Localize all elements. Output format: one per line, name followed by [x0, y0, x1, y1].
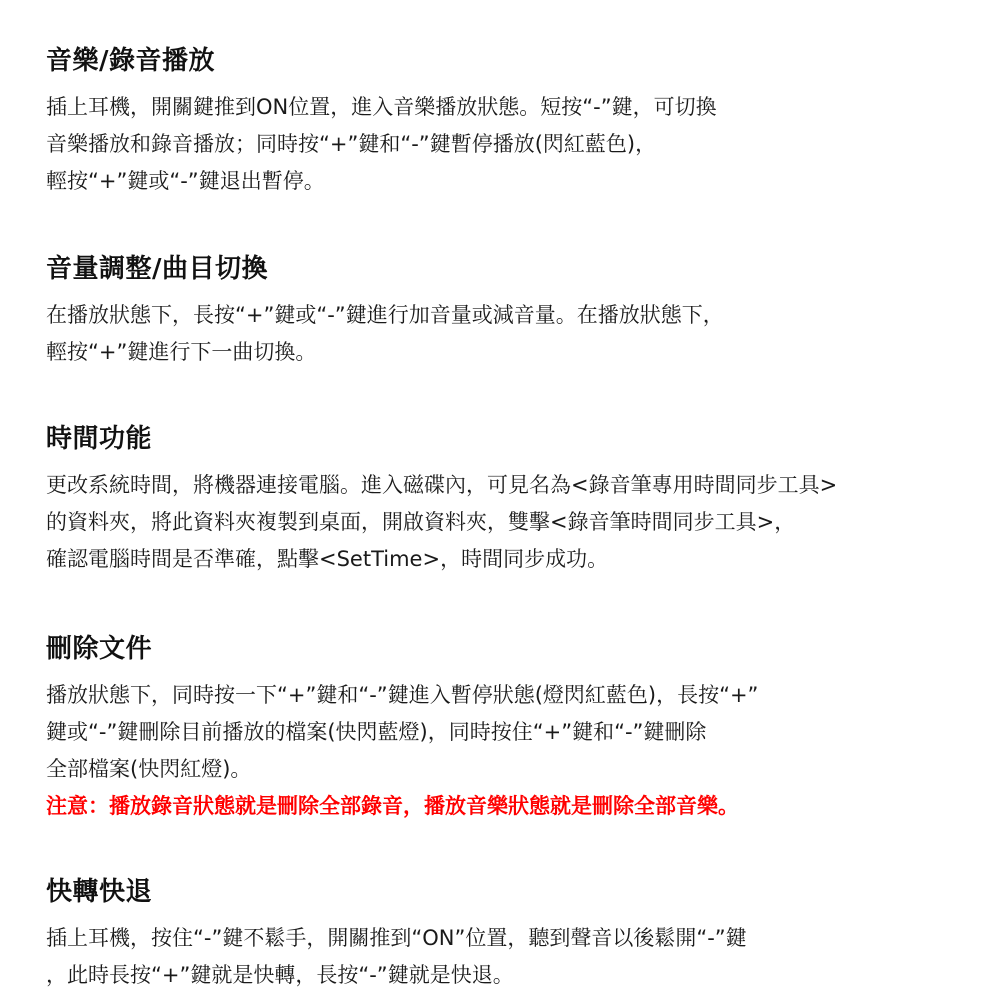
section-heading: 時間功能 — [46, 422, 966, 456]
body-line: 的資料夾，將此資料夾複製到桌面，開啟資料夾，雙擊<錄音筆時間同步工具>， — [46, 504, 966, 541]
section-delete-files: 刪除文件 播放狀態下，同時按一下“+”鍵和“-”鍵進入暫停狀態(燈閃紅藍色)，長… — [46, 632, 966, 825]
section-heading: 快轉快退 — [46, 875, 966, 909]
body-line: 確認電腦時間是否準確，點擊<SetTime>，時間同步成功。 — [46, 541, 966, 578]
body-line: 插上耳機，開關鍵推到ON位置，進入音樂播放狀態。短按“-”鍵，可切換 — [46, 89, 966, 126]
section-time-function: 時間功能 更改系統時間，將機器連接電腦。進入磁碟內，可見名為<錄音筆專用時間同步… — [46, 422, 966, 578]
body-line: ，此時長按“+”鍵就是快轉，長按“-”鍵就是快退。 — [46, 957, 966, 994]
body-line: 播放狀態下，同時按一下“+”鍵和“-”鍵進入暫停狀態(燈閃紅藍色)，長按“+” — [46, 677, 966, 714]
section-body: 在播放狀態下，長按“+”鍵或“-”鍵進行加音量或減音量。在播放狀態下， 輕按“+… — [46, 297, 966, 371]
body-line: 音樂播放和錄音播放；同時按“+”鍵和“-”鍵暫停播放(閃紅藍色)， — [46, 126, 966, 163]
section-heading: 刪除文件 — [46, 632, 966, 666]
body-line: 輕按“+”鍵或“-”鍵退出暫停。 — [46, 163, 966, 200]
section-fast-forward-rewind: 快轉快退 插上耳機，按住“-”鍵不鬆手，開關推到“ON”位置，聽到聲音以後鬆開“… — [46, 875, 966, 994]
section-heading: 音量調整/曲目切換 — [46, 252, 966, 286]
section-body: 插上耳機，開關鍵推到ON位置，進入音樂播放狀態。短按“-”鍵，可切換 音樂播放和… — [46, 89, 966, 200]
section-body: 更改系統時間，將機器連接電腦。進入磁碟內，可見名為<錄音筆專用時間同步工具> 的… — [46, 467, 966, 578]
body-line: 鍵或“-”鍵刪除目前播放的檔案(快閃藍燈)，同時按住“+”鍵和“-”鍵刪除 — [46, 714, 966, 751]
body-line: 更改系統時間，將機器連接電腦。進入磁碟內，可見名為<錄音筆專用時間同步工具> — [46, 467, 966, 504]
body-line: 全部檔案(快閃紅燈)。 — [46, 751, 966, 788]
body-line: 插上耳機，按住“-”鍵不鬆手，開關推到“ON”位置，聽到聲音以後鬆開“-”鍵 — [46, 920, 966, 957]
section-music-recording-playback: 音樂/錄音播放 插上耳機，開關鍵推到ON位置，進入音樂播放狀態。短按“-”鍵，可… — [46, 44, 966, 200]
section-heading: 音樂/錄音播放 — [46, 44, 966, 78]
body-line: 在播放狀態下，長按“+”鍵或“-”鍵進行加音量或減音量。在播放狀態下， — [46, 297, 966, 334]
section-body: 播放狀態下，同時按一下“+”鍵和“-”鍵進入暫停狀態(燈閃紅藍色)，長按“+” … — [46, 677, 966, 825]
section-volume-track-switch: 音量調整/曲目切換 在播放狀態下，長按“+”鍵或“-”鍵進行加音量或減音量。在播… — [46, 252, 966, 371]
section-body: 插上耳機，按住“-”鍵不鬆手，開關推到“ON”位置，聽到聲音以後鬆開“-”鍵 ，… — [46, 920, 966, 994]
warning-note: 注意：播放錄音狀態就是刪除全部錄音，播放音樂狀態就是刪除全部音樂。 — [46, 788, 966, 825]
body-line: 輕按“+”鍵進行下一曲切換。 — [46, 334, 966, 371]
